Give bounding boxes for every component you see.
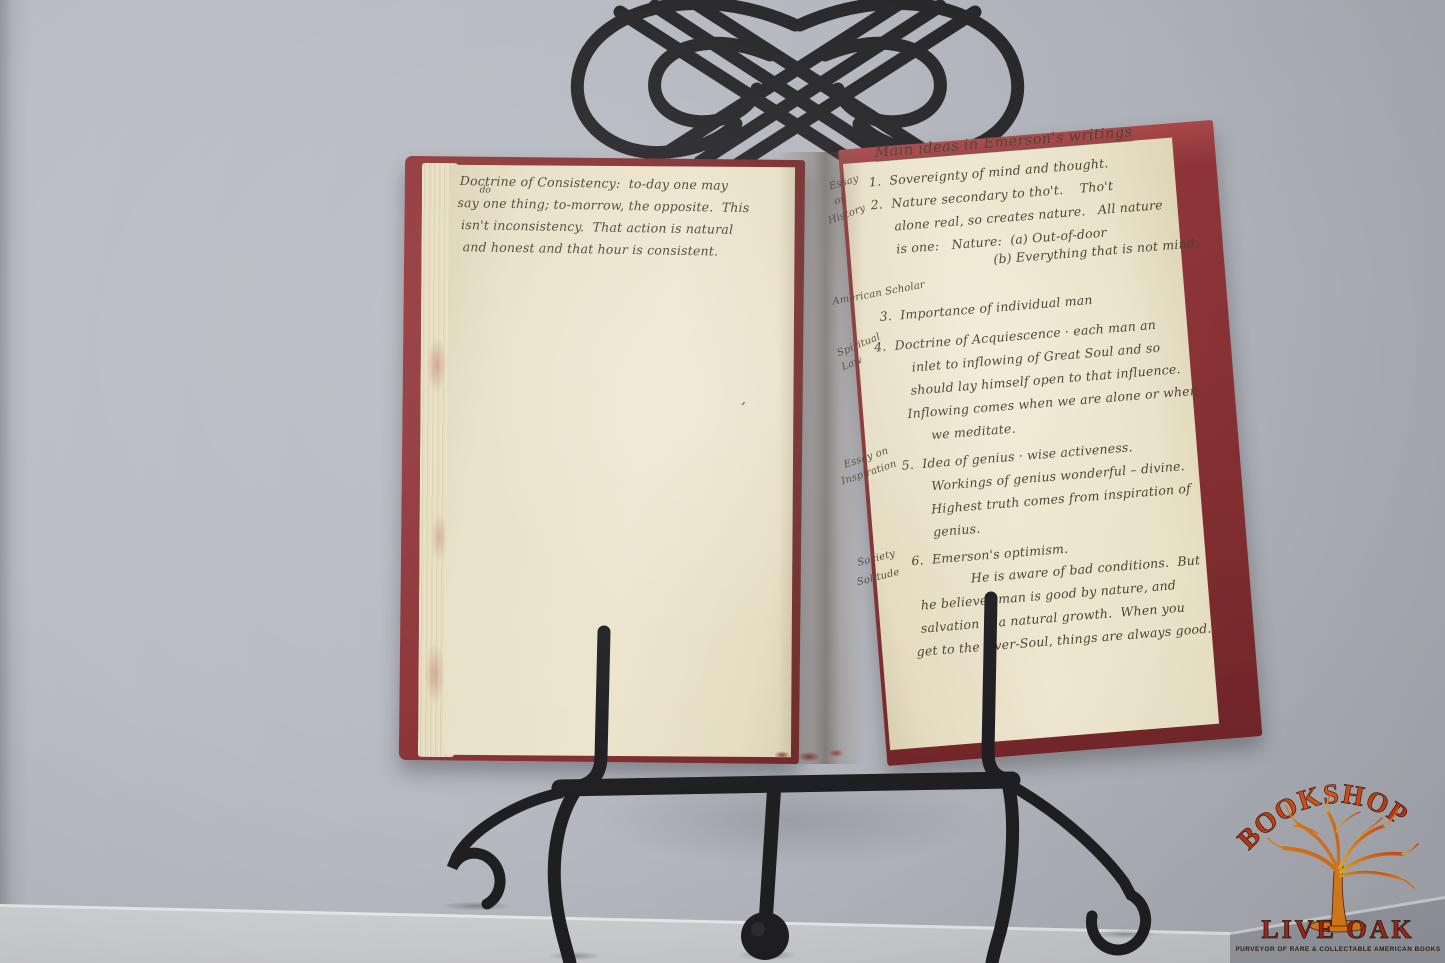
easel-stand: [0, 0, 1445, 963]
left-foot-shadow: [428, 900, 524, 912]
photo-of-book-on-easel: do Doctrine of Consistency: to-day one m…: [0, 0, 1445, 963]
bookshop-logo: BOOKSHOP LIVE: [1236, 766, 1440, 960]
logo-name: LIVE OAK: [1261, 915, 1414, 944]
right-foot-shadow: [1084, 928, 1168, 940]
logo-tagline: PURVEYOR OF RARE & COLLECTABLE AMERICAN …: [1236, 946, 1440, 953]
ball-foot-shadow: [726, 948, 808, 962]
front-left-foot-shadow: [540, 950, 610, 962]
